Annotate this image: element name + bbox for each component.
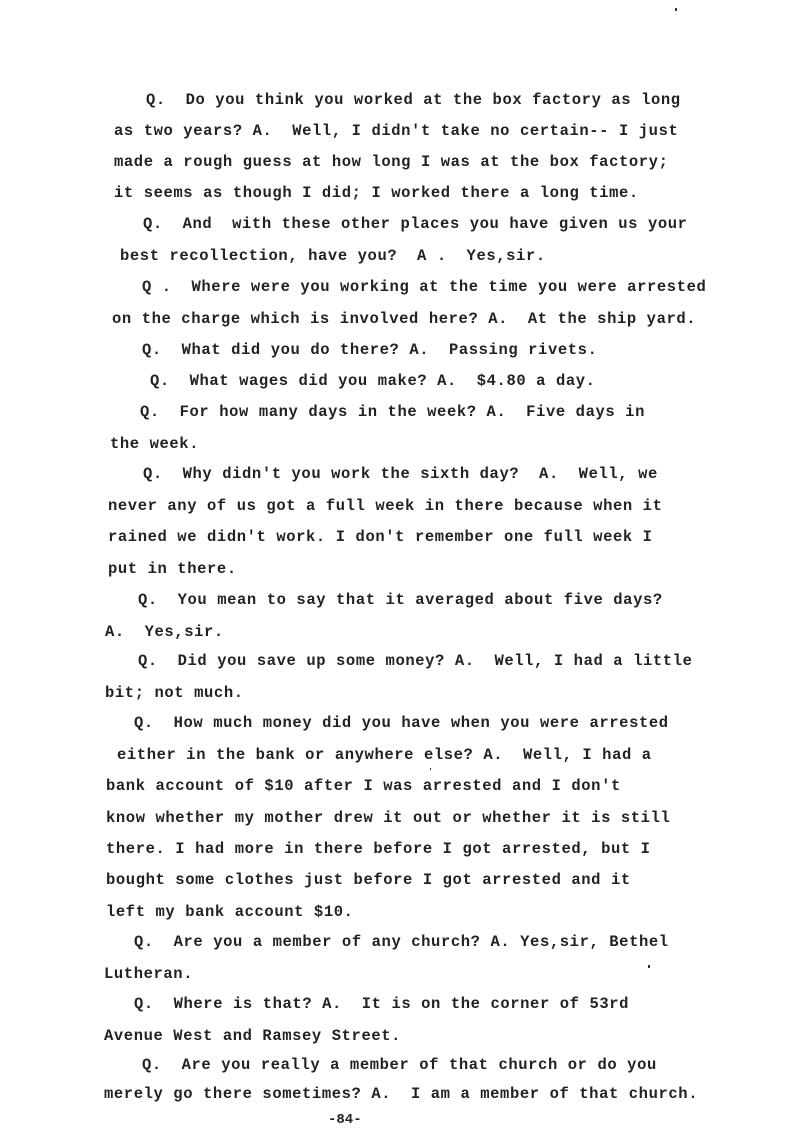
transcript-line: Q. You mean to say that it averaged abou… bbox=[138, 591, 663, 609]
transcript-line: Q. Do you think you worked at the box fa… bbox=[146, 91, 681, 109]
transcript-line: Avenue West and Ramsey Street. bbox=[104, 1027, 401, 1045]
transcript-line: Q. What did you do there? A. Passing riv… bbox=[142, 341, 597, 359]
transcript-line: left my bank account $10. bbox=[106, 903, 354, 921]
transcript-line: Lutheran. bbox=[104, 965, 193, 983]
transcript-line: bit; not much. bbox=[105, 684, 244, 702]
page-number: -84- bbox=[328, 1112, 362, 1128]
transcript-line: bought some clothes just before I got ar… bbox=[106, 871, 631, 889]
transcript-line: as two years? A. Well, I didn't take no … bbox=[114, 122, 678, 140]
transcript-line: rained we didn't work. I don't remember … bbox=[108, 528, 653, 546]
transcript-line: Q. And with these other places you have … bbox=[143, 215, 688, 233]
transcript-line: on the charge which is involved here? A.… bbox=[112, 310, 696, 328]
scan-speck bbox=[648, 965, 650, 968]
document-page: Q. Do you think you worked at the box fa… bbox=[0, 0, 800, 1132]
scan-speck bbox=[430, 768, 431, 770]
transcript-line: Q. Where is that? A. It is on the corner… bbox=[134, 995, 629, 1013]
transcript-line: never any of us got a full week in there… bbox=[108, 497, 662, 515]
transcript-line: know whether my mother drew it out or wh… bbox=[106, 809, 670, 827]
transcript-line: Q . Where were you working at the time y… bbox=[142, 278, 706, 296]
transcript-line: made a rough guess at how long I was at … bbox=[114, 153, 668, 171]
transcript-line: Q. Are you really a member of that churc… bbox=[142, 1056, 657, 1074]
scan-speck bbox=[675, 8, 677, 11]
transcript-line: Q. Why didn't you work the sixth day? A.… bbox=[143, 465, 658, 483]
transcript-line: Q. Did you save up some money? A. Well, … bbox=[138, 652, 692, 670]
transcript-line: best recollection, have you? A . Yes,sir… bbox=[120, 247, 546, 265]
transcript-line: it seems as though I did; I worked there… bbox=[114, 184, 639, 202]
transcript-line: the week. bbox=[110, 435, 199, 453]
transcript-line: Q. Are you a member of any church? A. Ye… bbox=[134, 933, 669, 951]
transcript-line: A. Yes,sir. bbox=[105, 623, 224, 641]
transcript-line: there. I had more in there before I got … bbox=[106, 840, 651, 858]
transcript-line: bank account of $10 after I was arrested… bbox=[106, 777, 621, 795]
transcript-line: Q. What wages did you make? A. $4.80 a d… bbox=[150, 372, 596, 390]
transcript-line: merely go there sometimes? A. I am a mem… bbox=[104, 1085, 698, 1103]
transcript-line: Q. For how many days in the week? A. Fiv… bbox=[140, 403, 645, 421]
transcript-line: Q. How much money did you have when you … bbox=[134, 714, 669, 732]
transcript-line: either in the bank or anywhere else? A. … bbox=[117, 746, 652, 764]
transcript-line: put in there. bbox=[108, 560, 237, 578]
